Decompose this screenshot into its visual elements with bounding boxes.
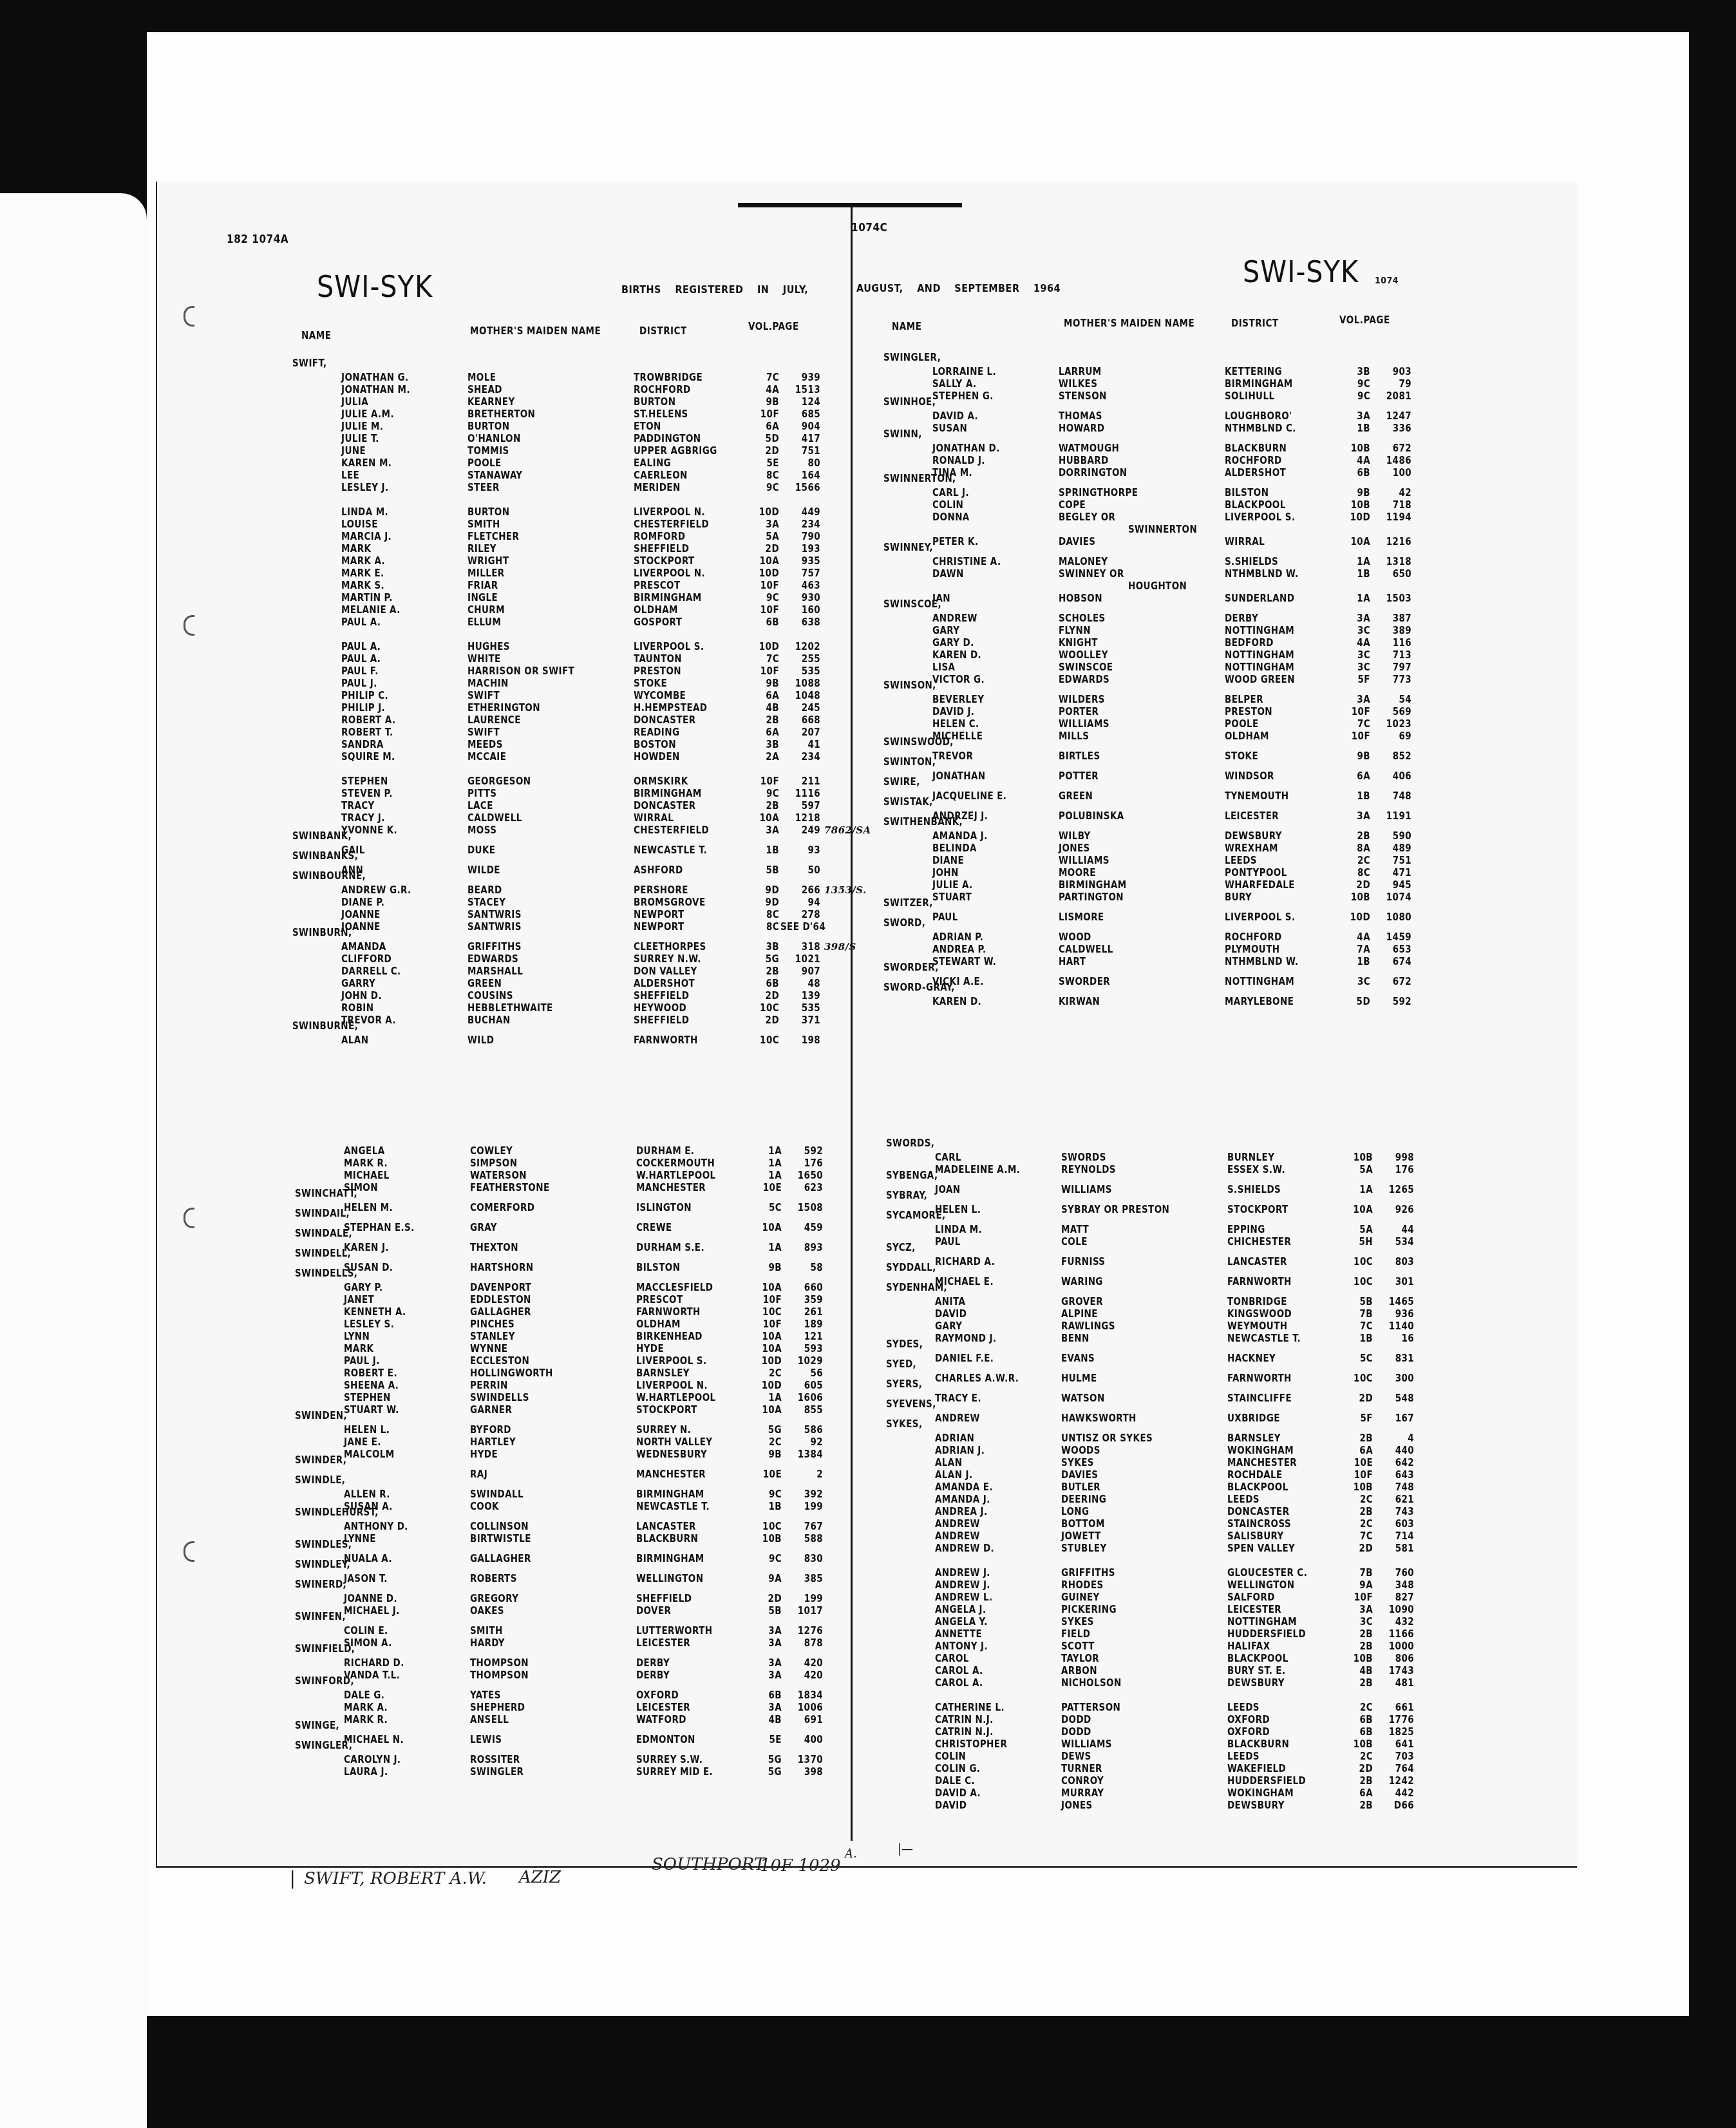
- district: WELLINGTON: [1227, 1579, 1294, 1591]
- forename: STEVEN P.: [341, 788, 393, 799]
- district: READING: [634, 727, 679, 738]
- forename: GARRY: [341, 978, 375, 989]
- surname-text: SWINTON,: [883, 756, 936, 768]
- district: BEDFORD: [1225, 637, 1274, 649]
- margin-arrow: |—: [898, 1841, 913, 1856]
- volume: 5G: [750, 953, 779, 965]
- mother-maiden-name: BENN: [1061, 1333, 1090, 1344]
- page: 743: [1374, 1506, 1414, 1517]
- mother-maiden-name: ROBERTS: [470, 1573, 517, 1584]
- surname-text: SWINBANKS,: [292, 850, 358, 862]
- district: EALING: [634, 457, 671, 469]
- volume: 3A: [1341, 694, 1370, 705]
- forename: ANDREW D.: [935, 1543, 994, 1554]
- mother-maiden-name: CALDWELL: [467, 812, 522, 824]
- mother-maiden-name: PITTS: [467, 788, 496, 799]
- page: 593: [783, 1343, 823, 1354]
- mother-maiden-name: SWINGLER: [470, 1766, 524, 1778]
- page: 713: [1372, 649, 1411, 661]
- forename: LAURA J.: [344, 1766, 388, 1778]
- district: WEYMOUTH: [1227, 1320, 1287, 1332]
- volume: 9C: [750, 788, 779, 799]
- district: SURREY N.W.: [634, 953, 701, 965]
- page: 278: [780, 909, 820, 920]
- mother-maiden-name: LARRUM: [1059, 366, 1102, 377]
- district: BLACKBURN: [1227, 1738, 1289, 1750]
- page: 803: [1374, 1256, 1414, 1268]
- district: STOKE: [634, 678, 667, 689]
- page: 300: [1374, 1373, 1414, 1384]
- forename: ADRIAN J.: [935, 1445, 985, 1456]
- forename: JOHN: [932, 867, 959, 879]
- page: 1216: [1372, 536, 1411, 547]
- page: 685: [780, 408, 820, 420]
- title-right: AUGUST, AND SEPTEMBER 1964: [856, 282, 1061, 294]
- page: 621: [1374, 1494, 1414, 1505]
- district: BLACKBURN: [636, 1533, 698, 1544]
- mother-maiden-name: RAWLINGS: [1061, 1320, 1115, 1332]
- volume: 1A: [752, 1392, 782, 1403]
- page: 904: [780, 421, 820, 432]
- col-mother-right: MOTHER'S MAIDEN NAME: [1064, 318, 1194, 329]
- volume: 10F: [1341, 730, 1370, 742]
- page: 1465: [1374, 1296, 1414, 1307]
- mother-maiden-name: HYDE: [470, 1449, 498, 1460]
- mother-maiden-name: YATES: [470, 1689, 501, 1701]
- forename: MARK: [341, 543, 371, 555]
- district: ROCHDALE: [1227, 1469, 1283, 1481]
- district: LIVERPOOL N.: [636, 1380, 708, 1391]
- mother-maiden-name: COOK: [470, 1501, 499, 1512]
- volume: 1A: [752, 1170, 782, 1181]
- mother-maiden-name: COUSINS: [467, 990, 513, 1002]
- page: 4: [1374, 1432, 1414, 1444]
- surname-text: SWINN,: [883, 428, 922, 440]
- volume: 6A: [1343, 1787, 1373, 1799]
- district: NEWCASTLE T.: [634, 844, 707, 856]
- district: OXFORD: [1227, 1726, 1270, 1738]
- page: 398: [783, 1766, 823, 1778]
- forename: PAUL J.: [341, 678, 377, 689]
- page: 597: [780, 800, 820, 812]
- forename: SQUIRE M.: [341, 751, 395, 763]
- volume: 5G: [752, 1424, 782, 1436]
- mother-maiden-name: ROSSITER: [470, 1754, 520, 1765]
- page: 592: [783, 1145, 823, 1157]
- district: ORMSKIRK: [634, 775, 688, 787]
- district: SUNDERLAND: [1225, 593, 1294, 604]
- forename: ANNETTE: [935, 1628, 982, 1640]
- volume: 10A: [752, 1331, 782, 1342]
- district: ROCHFORD: [1225, 931, 1282, 943]
- district: LUTTERWORTH: [636, 1625, 712, 1637]
- forename: TRACY J.: [341, 812, 385, 824]
- page: 534: [1374, 1236, 1414, 1248]
- mother-maiden-name: LACE: [467, 800, 493, 812]
- mother-maiden-name: INGLE: [467, 592, 498, 603]
- mother-maiden-name: SMITH: [467, 518, 500, 530]
- forename: DALE G.: [344, 1689, 384, 1701]
- mother-maiden-name: DAVENPORT: [470, 1282, 531, 1293]
- mother-maiden-name: BIRTLES: [1059, 750, 1100, 762]
- page: 1090: [1374, 1604, 1414, 1615]
- district: PONTYPOOL: [1225, 867, 1287, 879]
- forename: AMANDA J.: [935, 1494, 990, 1505]
- volume: 8A: [1341, 842, 1370, 854]
- mother-maiden-name: BURTON: [467, 506, 509, 518]
- district: DERBY: [636, 1657, 670, 1669]
- district: LEEDS: [1227, 1494, 1260, 1505]
- forename: GARY: [932, 625, 959, 636]
- mother-maiden-name: PATTERSON: [1061, 1702, 1120, 1713]
- forename: ANDREW G.R.: [341, 884, 411, 896]
- district: DON VALLEY: [634, 965, 697, 977]
- page: 1370: [783, 1754, 823, 1765]
- forename: ADRIAN P.: [932, 931, 983, 943]
- district: PERSHORE: [634, 884, 688, 896]
- forename: GARY D.: [932, 637, 974, 649]
- volume: 5B: [752, 1605, 782, 1617]
- forename: MELANIE A.: [341, 604, 401, 616]
- page: 359: [783, 1294, 823, 1306]
- forename: STEPHEN: [344, 1392, 391, 1403]
- volume: 3C: [1341, 976, 1370, 987]
- volume: 10F: [752, 1318, 782, 1330]
- mother-maiden-name: LONG: [1061, 1506, 1090, 1517]
- mother-maiden-name: WILDE: [467, 864, 500, 876]
- mother-maiden-name: PORTER: [1059, 706, 1099, 717]
- forename: ALLEN R.: [344, 1488, 390, 1500]
- mother-maiden-name: GRIFFITHS: [467, 941, 522, 953]
- forename: MARK: [344, 1343, 373, 1354]
- range-right: SWI-SYK: [1243, 254, 1359, 289]
- page: 336: [1372, 423, 1411, 434]
- mother-maiden-name: SHEAD: [467, 384, 502, 395]
- volume: 10C: [750, 1002, 779, 1014]
- volume: 9D: [750, 897, 779, 908]
- forename: ALAN J.: [935, 1469, 972, 1481]
- page: 167: [1374, 1412, 1414, 1424]
- forename: RONALD J.: [932, 455, 985, 466]
- mother-maiden-name: POOLE: [467, 457, 502, 469]
- mother-maiden-name: BEARD: [467, 884, 502, 896]
- mother-maiden-name: GREEN: [1059, 790, 1093, 802]
- page: 767: [783, 1521, 823, 1532]
- district: NEWPORT: [634, 921, 684, 933]
- district: HOWDEN: [634, 751, 680, 763]
- page: 249: [780, 824, 820, 836]
- district: WELLINGTON: [636, 1573, 703, 1584]
- forename: PHILIP C.: [341, 690, 388, 701]
- surname-text: SWINDLES,: [295, 1539, 352, 1550]
- page: 42: [1372, 487, 1411, 499]
- page: 79: [1372, 378, 1411, 390]
- page: 1384: [783, 1449, 823, 1460]
- volume: 10B: [1343, 1481, 1373, 1493]
- page: 54: [1372, 694, 1411, 705]
- page: 1202: [780, 641, 820, 652]
- page: 827: [1374, 1591, 1414, 1603]
- page: 116: [1372, 637, 1411, 649]
- surname-text: SWINSWOOD,: [883, 736, 954, 748]
- mother-maiden-name: OAKES: [470, 1605, 504, 1617]
- volume: 10D: [752, 1380, 782, 1391]
- district: LIVERPOOL S.: [1225, 911, 1295, 923]
- forename: ANDREW: [935, 1530, 980, 1542]
- surname-text: SYBRAY,: [886, 1190, 927, 1201]
- forename: RICHARD A.: [935, 1256, 995, 1268]
- page: 1191: [1372, 810, 1411, 822]
- mother-maiden-name: DEERING: [1061, 1494, 1106, 1505]
- volume: 1B: [750, 844, 779, 856]
- forename: COLIN: [932, 499, 963, 511]
- page: 318: [780, 941, 820, 953]
- page: 69: [1372, 730, 1411, 742]
- volume: 10C: [752, 1306, 782, 1318]
- district: HUDDERSFIELD: [1227, 1628, 1306, 1640]
- mother-maiden-name: COLE: [1061, 1236, 1088, 1248]
- volume: 7B: [1343, 1308, 1373, 1320]
- forename: ANGELA: [344, 1145, 384, 1157]
- district: BILSTON: [1225, 487, 1269, 499]
- district: LIVERPOOL N.: [634, 567, 705, 579]
- page: 301: [1374, 1276, 1414, 1287]
- forename: COLIN: [935, 1751, 966, 1762]
- forename: MARCIA J.: [341, 531, 392, 542]
- page: 1486: [1372, 455, 1411, 466]
- mother-maiden-name: STACEY: [467, 897, 506, 908]
- volume: 2B: [1343, 1775, 1373, 1787]
- mother-maiden-name: CALDWELL: [1059, 944, 1113, 955]
- volume: 5E: [750, 457, 779, 469]
- mother-maiden-name: SWINDELLS: [470, 1392, 529, 1403]
- page: 1650: [783, 1170, 823, 1181]
- surname-text: SWITHENBANK,: [883, 816, 963, 828]
- page: 718: [1372, 499, 1411, 511]
- forename: HELEN L.: [344, 1424, 390, 1436]
- district: FARNWORTH: [636, 1306, 701, 1318]
- forename: CHRISTINE A.: [932, 556, 1001, 567]
- volume: 10F: [750, 665, 779, 677]
- forename: JACQUELINE E.: [932, 790, 1006, 802]
- forename: ANGELA Y.: [935, 1616, 988, 1628]
- page: 100: [1372, 467, 1411, 479]
- forename: STEPHAN E.S.: [344, 1222, 415, 1233]
- volume: 2C: [752, 1436, 782, 1448]
- forename: SALLY A.: [932, 378, 977, 390]
- surname-text: SWINFIELD,: [295, 1643, 355, 1655]
- volume: 1A: [752, 1242, 782, 1253]
- page: 44: [1374, 1224, 1414, 1235]
- volume: 10E: [752, 1182, 782, 1193]
- mother-maiden-name: COLLINSON: [470, 1521, 529, 1532]
- district: UPPER AGBRIGG: [634, 445, 717, 457]
- forename: ALAN: [935, 1457, 962, 1468]
- district: LEEDS: [1225, 855, 1257, 866]
- forename: JULIE T.: [341, 433, 379, 444]
- mother-maiden-name: TURNER: [1061, 1763, 1102, 1774]
- page: 50: [780, 864, 820, 876]
- forename: COLIN E.: [344, 1625, 388, 1637]
- volume: 10B: [1343, 1152, 1373, 1163]
- mother-maiden-name: SCOTT: [1061, 1640, 1095, 1652]
- forename: CARL: [935, 1152, 961, 1163]
- mother-maiden-name: THOMAS: [1059, 410, 1102, 422]
- surname-text: SYBENGA,: [886, 1170, 938, 1181]
- page: 757: [780, 567, 820, 579]
- volume: 4A: [1341, 637, 1370, 649]
- district: OXFORD: [636, 1689, 679, 1701]
- page: 1029: [783, 1355, 823, 1367]
- forename: ANDREA J.: [935, 1506, 987, 1517]
- volume: 5A: [750, 531, 779, 542]
- page: 672: [1372, 976, 1411, 987]
- mother-maiden-name: RHODES: [1061, 1579, 1104, 1591]
- mother-maiden-name: THOMPSON: [470, 1669, 529, 1681]
- volume: 3A: [752, 1625, 782, 1637]
- mother-maiden-name: COMERFORD: [470, 1202, 534, 1213]
- mother-maiden-name: EDDLESTON: [470, 1294, 531, 1306]
- forename: PETER K.: [932, 536, 978, 547]
- district: DURHAM E.: [636, 1145, 694, 1157]
- mother-maiden-name: STENSON: [1059, 390, 1107, 402]
- mother-maiden-name: SANTWRIS: [467, 909, 522, 920]
- volume: 2B: [1343, 1432, 1373, 1444]
- surname-text: SWINGLER,: [295, 1740, 352, 1751]
- district: BLACKPOOL: [1227, 1481, 1288, 1493]
- mother-maiden-name: HUGHES: [467, 641, 510, 652]
- page: 1508: [783, 1202, 823, 1213]
- district: DERBY: [636, 1669, 670, 1681]
- volume: 3C: [1343, 1616, 1373, 1628]
- district: ASHFORD: [634, 864, 683, 876]
- district: HACKNEY: [1227, 1353, 1276, 1364]
- volume: 2D: [750, 1014, 779, 1026]
- page: 58: [783, 1262, 823, 1273]
- col-volpage-left: VOL.PAGE: [748, 321, 799, 332]
- mother-maiden-name: RILEY: [467, 543, 496, 555]
- volume: 2D: [1343, 1392, 1373, 1404]
- mother-maiden-name: FEATHERSTONE: [470, 1182, 550, 1193]
- mother-maiden-name: ECCLESTON: [470, 1355, 529, 1367]
- mother-maiden-name: GROVER: [1061, 1296, 1103, 1307]
- page: 420: [783, 1657, 823, 1669]
- volume: 10B: [752, 1533, 782, 1544]
- volume: 9B: [750, 396, 779, 408]
- mother-maiden-name-cont: SWINNERTON: [1128, 524, 1197, 535]
- forename: DAVID J.: [932, 706, 974, 717]
- district: BIRMINGHAM: [1225, 378, 1293, 390]
- district: LIVERPOOL S.: [1225, 511, 1295, 523]
- volume: 10B: [1341, 891, 1370, 903]
- surname-text: SWINGLER,: [883, 352, 941, 363]
- volume: 10A: [752, 1404, 782, 1416]
- page: 463: [780, 580, 820, 591]
- forename: LYNN: [344, 1331, 370, 1342]
- district: BIRMINGHAM: [634, 788, 702, 799]
- page: 261: [783, 1306, 823, 1318]
- page: 193: [780, 543, 820, 555]
- mother-maiden-name: POLUBINSKA: [1059, 810, 1124, 822]
- page: 1743: [1374, 1665, 1414, 1677]
- volume: 10F: [750, 408, 779, 420]
- district: DONCASTER: [634, 714, 695, 726]
- mother-maiden-name: MOSS: [467, 824, 496, 836]
- mother-maiden-name: EVANS: [1061, 1353, 1095, 1364]
- forename: JANET: [344, 1294, 374, 1306]
- page: 1503: [1372, 593, 1411, 604]
- district: ROMFORD: [634, 531, 685, 542]
- mother-maiden-name: LAURENCE: [467, 714, 521, 726]
- surname-text: SWIRE,: [883, 776, 920, 788]
- mother-maiden-name: WOODS: [1061, 1445, 1100, 1456]
- district: TYNEMOUTH: [1225, 790, 1288, 802]
- page: 387: [1372, 613, 1411, 624]
- page: 160: [780, 604, 820, 616]
- mother-maiden-name: DUKE: [467, 844, 495, 856]
- district: SURREY N.: [636, 1424, 691, 1436]
- forename: AMANDA: [341, 941, 386, 953]
- page: 348: [1374, 1579, 1414, 1591]
- volume: 2B: [1343, 1677, 1373, 1689]
- volume: 7C: [1343, 1530, 1373, 1542]
- volume: 10D: [750, 506, 779, 518]
- handwritten-suffix: A.: [845, 1847, 857, 1861]
- volume: 5D: [750, 433, 779, 444]
- page: 797: [1372, 661, 1411, 673]
- district: POOLE: [1225, 718, 1259, 730]
- district: BIRMINGHAM: [636, 1488, 704, 1500]
- volume: 9B: [752, 1262, 782, 1273]
- page: 164: [780, 470, 820, 481]
- page: 581: [1374, 1543, 1414, 1554]
- mother-maiden-name: GALLAGHER: [470, 1306, 531, 1318]
- mother-maiden-name: GRAY: [470, 1222, 497, 1233]
- district: DONCASTER: [1227, 1506, 1289, 1517]
- surname-text: SWINDLEHURST,: [295, 1506, 379, 1518]
- volume: 4B: [752, 1714, 782, 1725]
- page: 1166: [1374, 1628, 1414, 1640]
- mother-maiden-name: JOWETT: [1061, 1530, 1101, 1542]
- district: BURY: [1225, 891, 1252, 903]
- forename: CAROL A.: [935, 1677, 983, 1689]
- mother-maiden-name: WILLIAMS: [1061, 1184, 1112, 1195]
- page: 569: [1372, 706, 1411, 717]
- mother-maiden-name: HUBBARD: [1059, 455, 1109, 466]
- surname-text: SWINDAIL,: [295, 1208, 350, 1219]
- binder-hole: [184, 1208, 194, 1228]
- volume: 3A: [752, 1637, 782, 1649]
- district: H.HEMPSTEAD: [634, 702, 707, 714]
- mother-maiden-name: CHURM: [467, 604, 505, 616]
- forename: ANDREW J.: [935, 1579, 990, 1591]
- page: 1318: [1372, 556, 1411, 567]
- mother-maiden-name: SYKES: [1061, 1616, 1094, 1628]
- page: 535: [780, 665, 820, 677]
- page: 748: [1372, 790, 1411, 802]
- volume: 7B: [1343, 1567, 1373, 1579]
- district: BARNSLEY: [636, 1367, 690, 1379]
- district: CAERLEON: [634, 470, 688, 481]
- district: NTHMBLND W.: [1225, 568, 1299, 580]
- district: NEWCASTLE T.: [1227, 1333, 1301, 1344]
- page: 471: [1372, 867, 1411, 879]
- volume: 9C: [752, 1553, 782, 1564]
- surname-text: SWISTAK,: [883, 796, 933, 808]
- district: MACCLESFIELD: [636, 1282, 713, 1293]
- forename: STEPHEN G.: [932, 390, 994, 402]
- mother-maiden-name: HARTLEY: [470, 1436, 516, 1448]
